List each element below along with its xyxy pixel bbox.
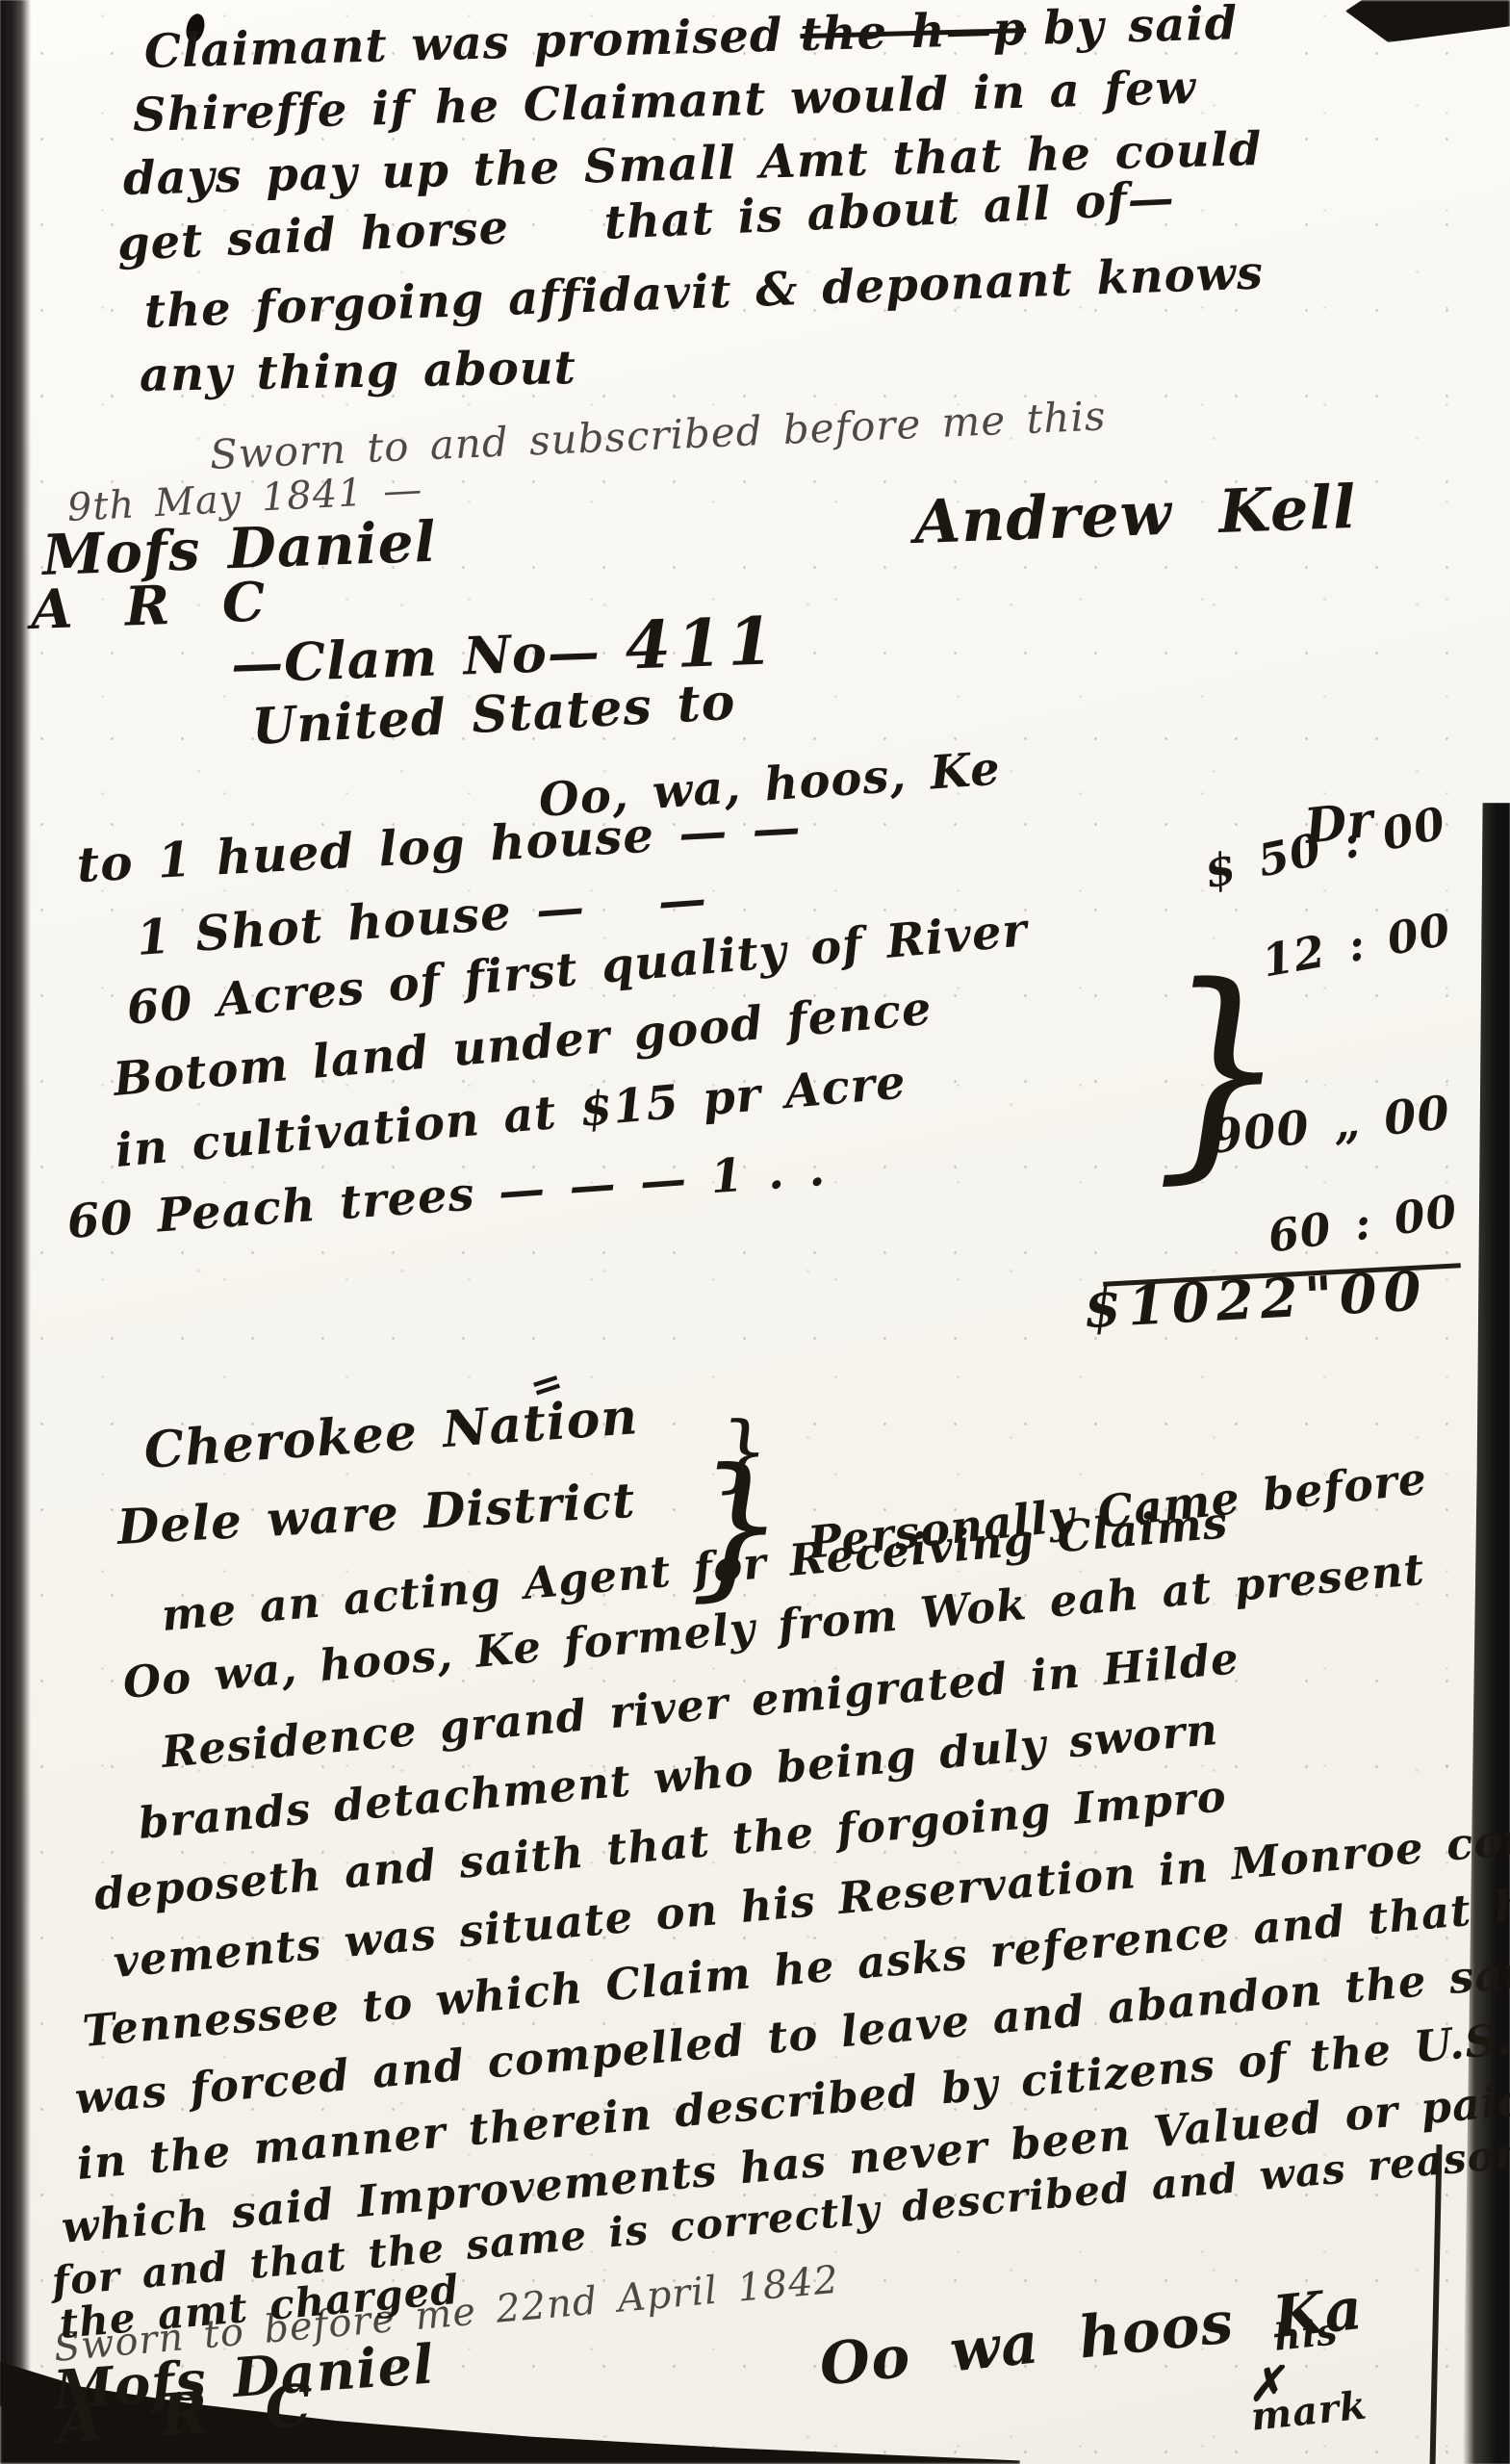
account-total: $1022"00 [1083,1264,1429,1336]
struck-word: the h—p [800,2,1027,62]
account-amount: 12 : 00 [1259,907,1454,984]
scan-edge-left [0,0,31,2406]
district-header: Dele ware District [116,1476,637,1552]
handwriting-line: any thing about [140,345,577,398]
his-mark-label-top: his [1272,2313,1340,2356]
scan-edge-right [1463,803,1510,2464]
signature-andrew-kell: Andrew Kell [913,477,1358,552]
nation-header: Cherokee Nation [142,1392,640,1476]
claim-number: 411 [624,603,781,685]
scanned-document-page: Claimant was promisedthe h—pby said Shir… [0,0,1510,2464]
scan-line-right [1429,2144,1442,2464]
account-amount: 60 : 00 [1266,1189,1461,1259]
clerk-initials: A R C [56,2376,328,2452]
line-text: by said [1042,0,1238,56]
scan-edge-top-right [1345,0,1510,42]
his-mark-label-bottom: mark [1249,2386,1369,2436]
attestation-line: Sworn to and subscribed before me this [209,396,1107,475]
line-text: Claimant was promised [143,9,783,79]
